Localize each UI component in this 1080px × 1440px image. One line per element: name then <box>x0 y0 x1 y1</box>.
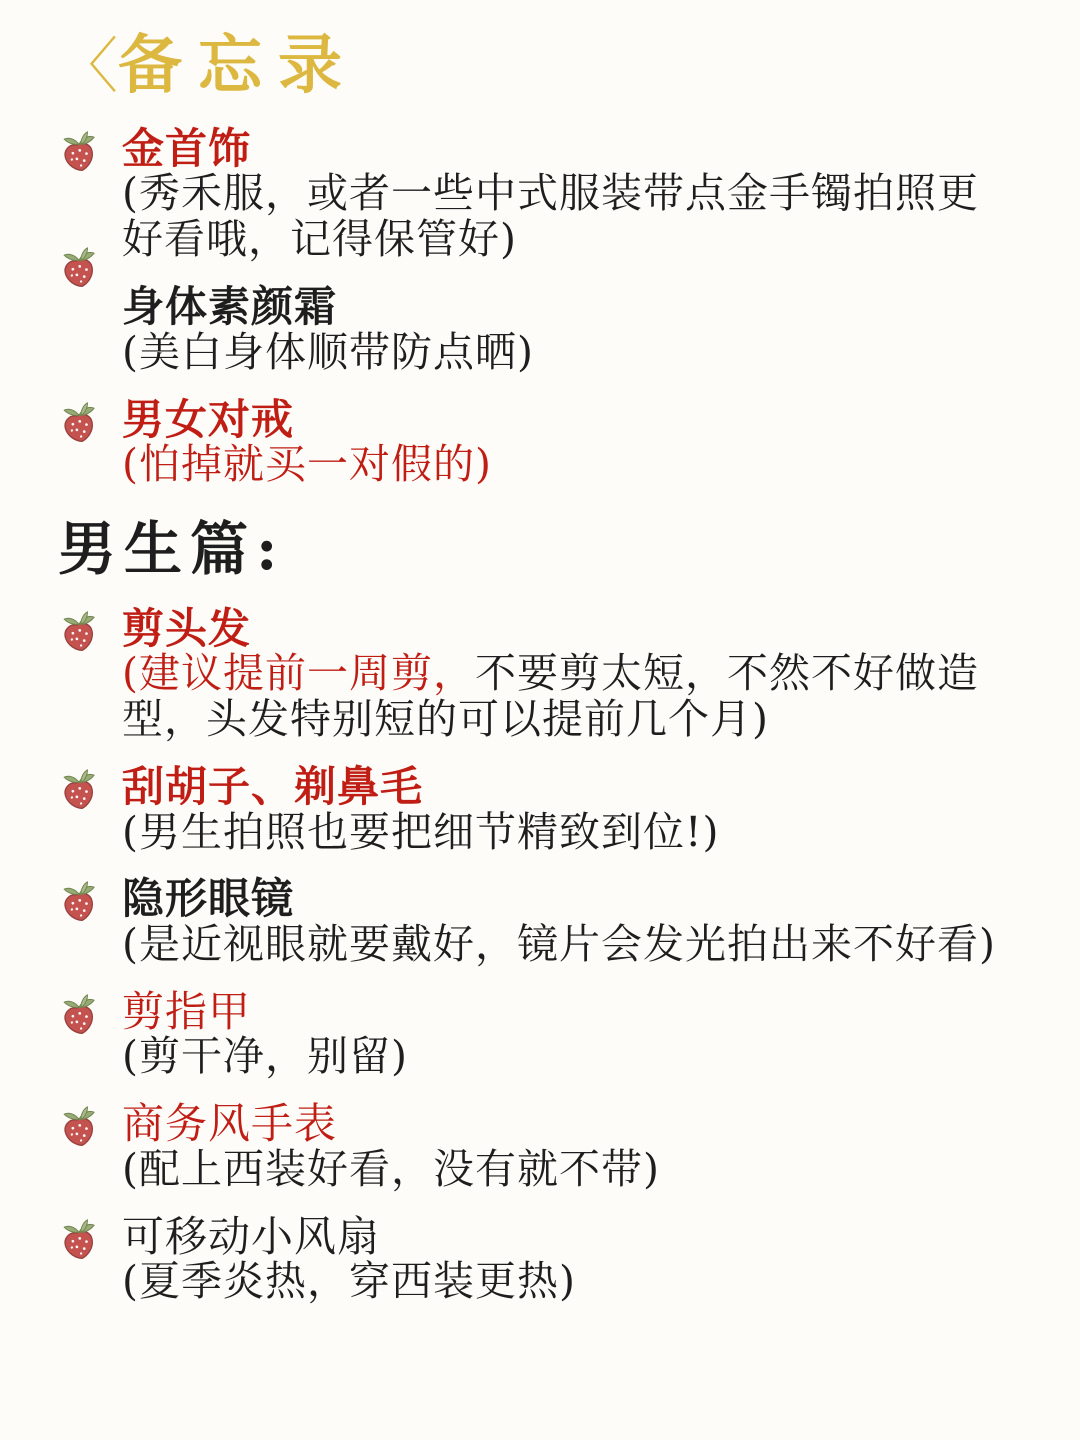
strawberry-icon <box>58 1215 122 1305</box>
item-body: 隐形眼镜 (是近视眼就要戴好，镜片会发光拍出来不好看) <box>122 877 1010 967</box>
note-text: (配上西装好看，没有就不带) <box>122 1145 660 1193</box>
note-text: (男生拍照也要把细节精致到位!) <box>122 808 719 856</box>
list-item: 身体素颜霜 (美白身体顺带防点晒) <box>58 285 1010 375</box>
item-title: 金首饰 <box>122 127 1010 172</box>
item-body: 刮胡子、剃鼻毛 (男生拍照也要把细节精致到位!) <box>122 765 1010 855</box>
note-text: (是近视眼就要戴好，镜片会发光拍出来不好看) <box>122 920 996 968</box>
item-title: 剪头发 <box>122 607 1010 652</box>
header: 〈 备忘录 <box>58 28 1010 105</box>
back-icon[interactable]: 〈 <box>58 31 118 103</box>
item-body: 商务风手表 (配上西装好看，没有就不带) <box>122 1102 1010 1192</box>
memo-page: 〈 备忘录 <box>0 0 1080 1440</box>
list-item: 刮胡子、剃鼻毛 (男生拍照也要把细节精致到位!) <box>58 765 1010 855</box>
item-note: (秀禾服，或者一些中式服装带点金手镯拍照更好看哦，记得保管好) <box>122 171 1010 263</box>
strawberry-icon <box>58 127 122 263</box>
item-title: 隐形眼镜 <box>122 877 1010 922</box>
list-item: 男女对戒 (怕掉就买一对假的) <box>58 398 1010 488</box>
list-item: 可移动小风扇 (夏季炎热，穿西装更热) <box>58 1215 1010 1305</box>
strawberry-icon <box>58 765 122 855</box>
strawberry-icon <box>58 1102 122 1192</box>
page-title: 备忘录 <box>118 28 358 105</box>
strawberry-icon <box>58 398 122 488</box>
item-body: 男女对戒 (怕掉就买一对假的) <box>122 398 1010 488</box>
item-title: 身体素颜霜 <box>122 285 1010 330</box>
strawberry-icon <box>58 285 122 375</box>
item-title: 男女对戒 <box>122 398 1010 443</box>
note-text: (怕掉就买一对假的) <box>122 440 492 488</box>
list-item: 剪指甲 (剪干净，别留) <box>58 990 1010 1080</box>
list-item: 商务风手表 (配上西装好看，没有就不带) <box>58 1102 1010 1192</box>
strawberry-icon <box>58 877 122 967</box>
item-note: (男生拍照也要把细节精致到位!) <box>122 810 1010 856</box>
note-text: (剪干净，别留) <box>122 1032 408 1080</box>
item-note: (配上西装好看，没有就不带) <box>122 1147 1010 1193</box>
strawberry-icon <box>58 607 122 743</box>
memo-list: 金首饰 (秀禾服，或者一些中式服装带点金手镯拍照更好看哦，记得保管好) <box>58 127 1010 1305</box>
note-text: (美白身体顺带防点晒) <box>122 328 534 376</box>
note-text: (夏季炎热，穿西装更热) <box>122 1257 576 1305</box>
item-body: 剪指甲 (剪干净，别留) <box>122 990 1010 1080</box>
item-note: (剪干净，别留) <box>122 1034 1010 1080</box>
list-item: 隐形眼镜 (是近视眼就要戴好，镜片会发光拍出来不好看) <box>58 877 1010 967</box>
item-note: (夏季炎热，穿西装更热) <box>122 1259 1010 1305</box>
note-text: (建议提前一周剪， <box>122 649 475 697</box>
item-body: 身体素颜霜 (美白身体顺带防点晒) <box>122 285 1010 375</box>
item-title: 刮胡子、剃鼻毛 <box>122 765 1010 810</box>
item-note: (怕掉就买一对假的) <box>122 442 1010 488</box>
item-title: 可移动小风扇 <box>122 1215 1010 1260</box>
note-text: (秀禾服，或者一些中式服装带点金手镯拍照更好看哦，记得保管好) <box>122 169 979 263</box>
item-body: 可移动小风扇 (夏季炎热，穿西装更热) <box>122 1215 1010 1305</box>
item-note: (是近视眼就要戴好，镜片会发光拍出来不好看) <box>122 922 1010 968</box>
list-item: 剪头发 (建议提前一周剪，不要剪太短，不然不好做造型，头发特别短的可以提前几个月… <box>58 607 1010 743</box>
list-item: 金首饰 (秀禾服，或者一些中式服装带点金手镯拍照更好看哦，记得保管好) <box>58 127 1010 263</box>
section-heading: 男生篇: <box>58 516 1010 583</box>
item-body: 金首饰 (秀禾服，或者一些中式服装带点金手镯拍照更好看哦，记得保管好) <box>122 127 1010 263</box>
item-body: 剪头发 (建议提前一周剪，不要剪太短，不然不好做造型，头发特别短的可以提前几个月… <box>122 607 1010 743</box>
item-title: 商务风手表 <box>122 1102 1010 1147</box>
item-title: 剪指甲 <box>122 990 1010 1035</box>
strawberry-icon <box>58 990 122 1080</box>
item-note: (美白身体顺带防点晒) <box>122 330 1010 376</box>
item-note: (建议提前一周剪，不要剪太短，不然不好做造型，头发特别短的可以提前几个月) <box>122 651 1010 743</box>
